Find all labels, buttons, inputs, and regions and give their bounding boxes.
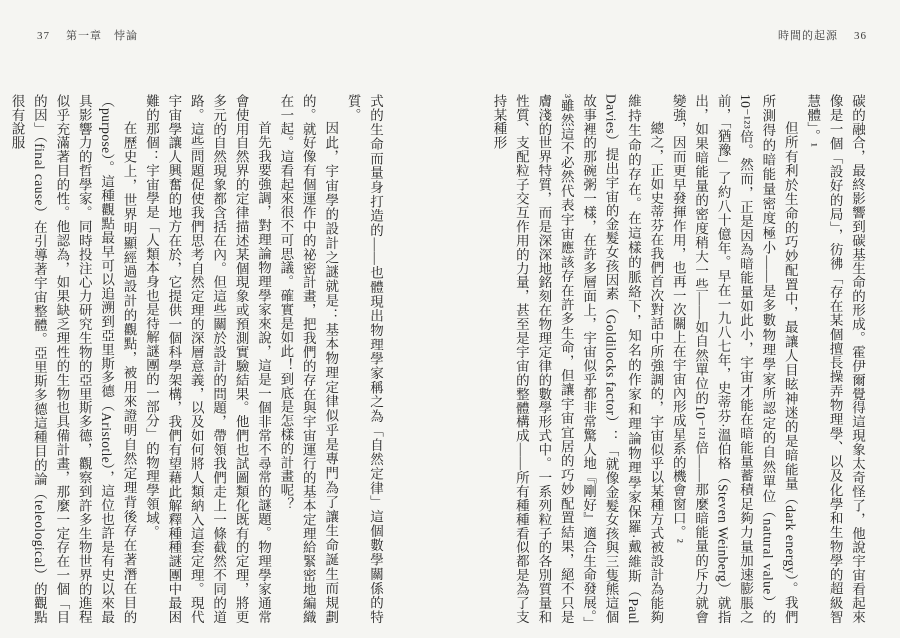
chapter-title: 悖論 <box>114 30 138 42</box>
book-title: 時間的起源 <box>778 30 838 42</box>
paragraph: 在歷史上，世界明顯經過設計的觀點，被用來證明自然定理背後存在著潛在目的（purp… <box>5 94 139 624</box>
chapter-label: 第一章 <box>66 30 102 42</box>
running-head-left: 37第一章悖論 <box>37 27 138 43</box>
paragraph: 碳的融合，最終影響到碳基生命的形成。霍伊爾覺得這現象太奇怪了，他說宇宙看起來像是… <box>801 94 868 624</box>
left-page-number: 37 <box>37 30 50 42</box>
paragraph: 首先我要強調，對理論物理學家來說，這是一個非常不尋常的謎題。物理學家通常會使用自… <box>140 94 274 624</box>
paragraph: 總之，正如史蒂芬在我們首次對話中所強調的，宇宙似乎以某種方式被設計為能夠維持生命… <box>487 94 666 624</box>
running-head-right: 時間的起源36 <box>778 27 867 43</box>
paragraph: 因此，宇宙學的設計之謎就是：基本物理定律似乎是專門為了讓生命誕生而規劃的。就好像… <box>274 94 341 624</box>
paragraph: 但所有利於生命的巧妙配置中，最讓人目眩神迷的是暗能量（dark energy）。… <box>666 94 800 624</box>
book-spread: 37第一章悖論 時間的起源36 碳的融合，最終影響到碳基生命的形成。霍伊爾覺得這… <box>0 0 900 638</box>
left-page-body: 式的生命而量身打造的——也體現出物理學家稱之為「自然定律」這個數學關係的特質。 … <box>36 94 386 624</box>
right-page-number: 36 <box>854 30 867 42</box>
paragraph: 式的生命而量身打造的——也體現出物理學家稱之為「自然定律」這個數學關係的特質。 <box>341 94 386 624</box>
right-page-body: 碳的融合，最終影響到碳基生命的形成。霍伊爾覺得這現象太奇怪了，他說宇宙看起來像是… <box>512 94 868 624</box>
